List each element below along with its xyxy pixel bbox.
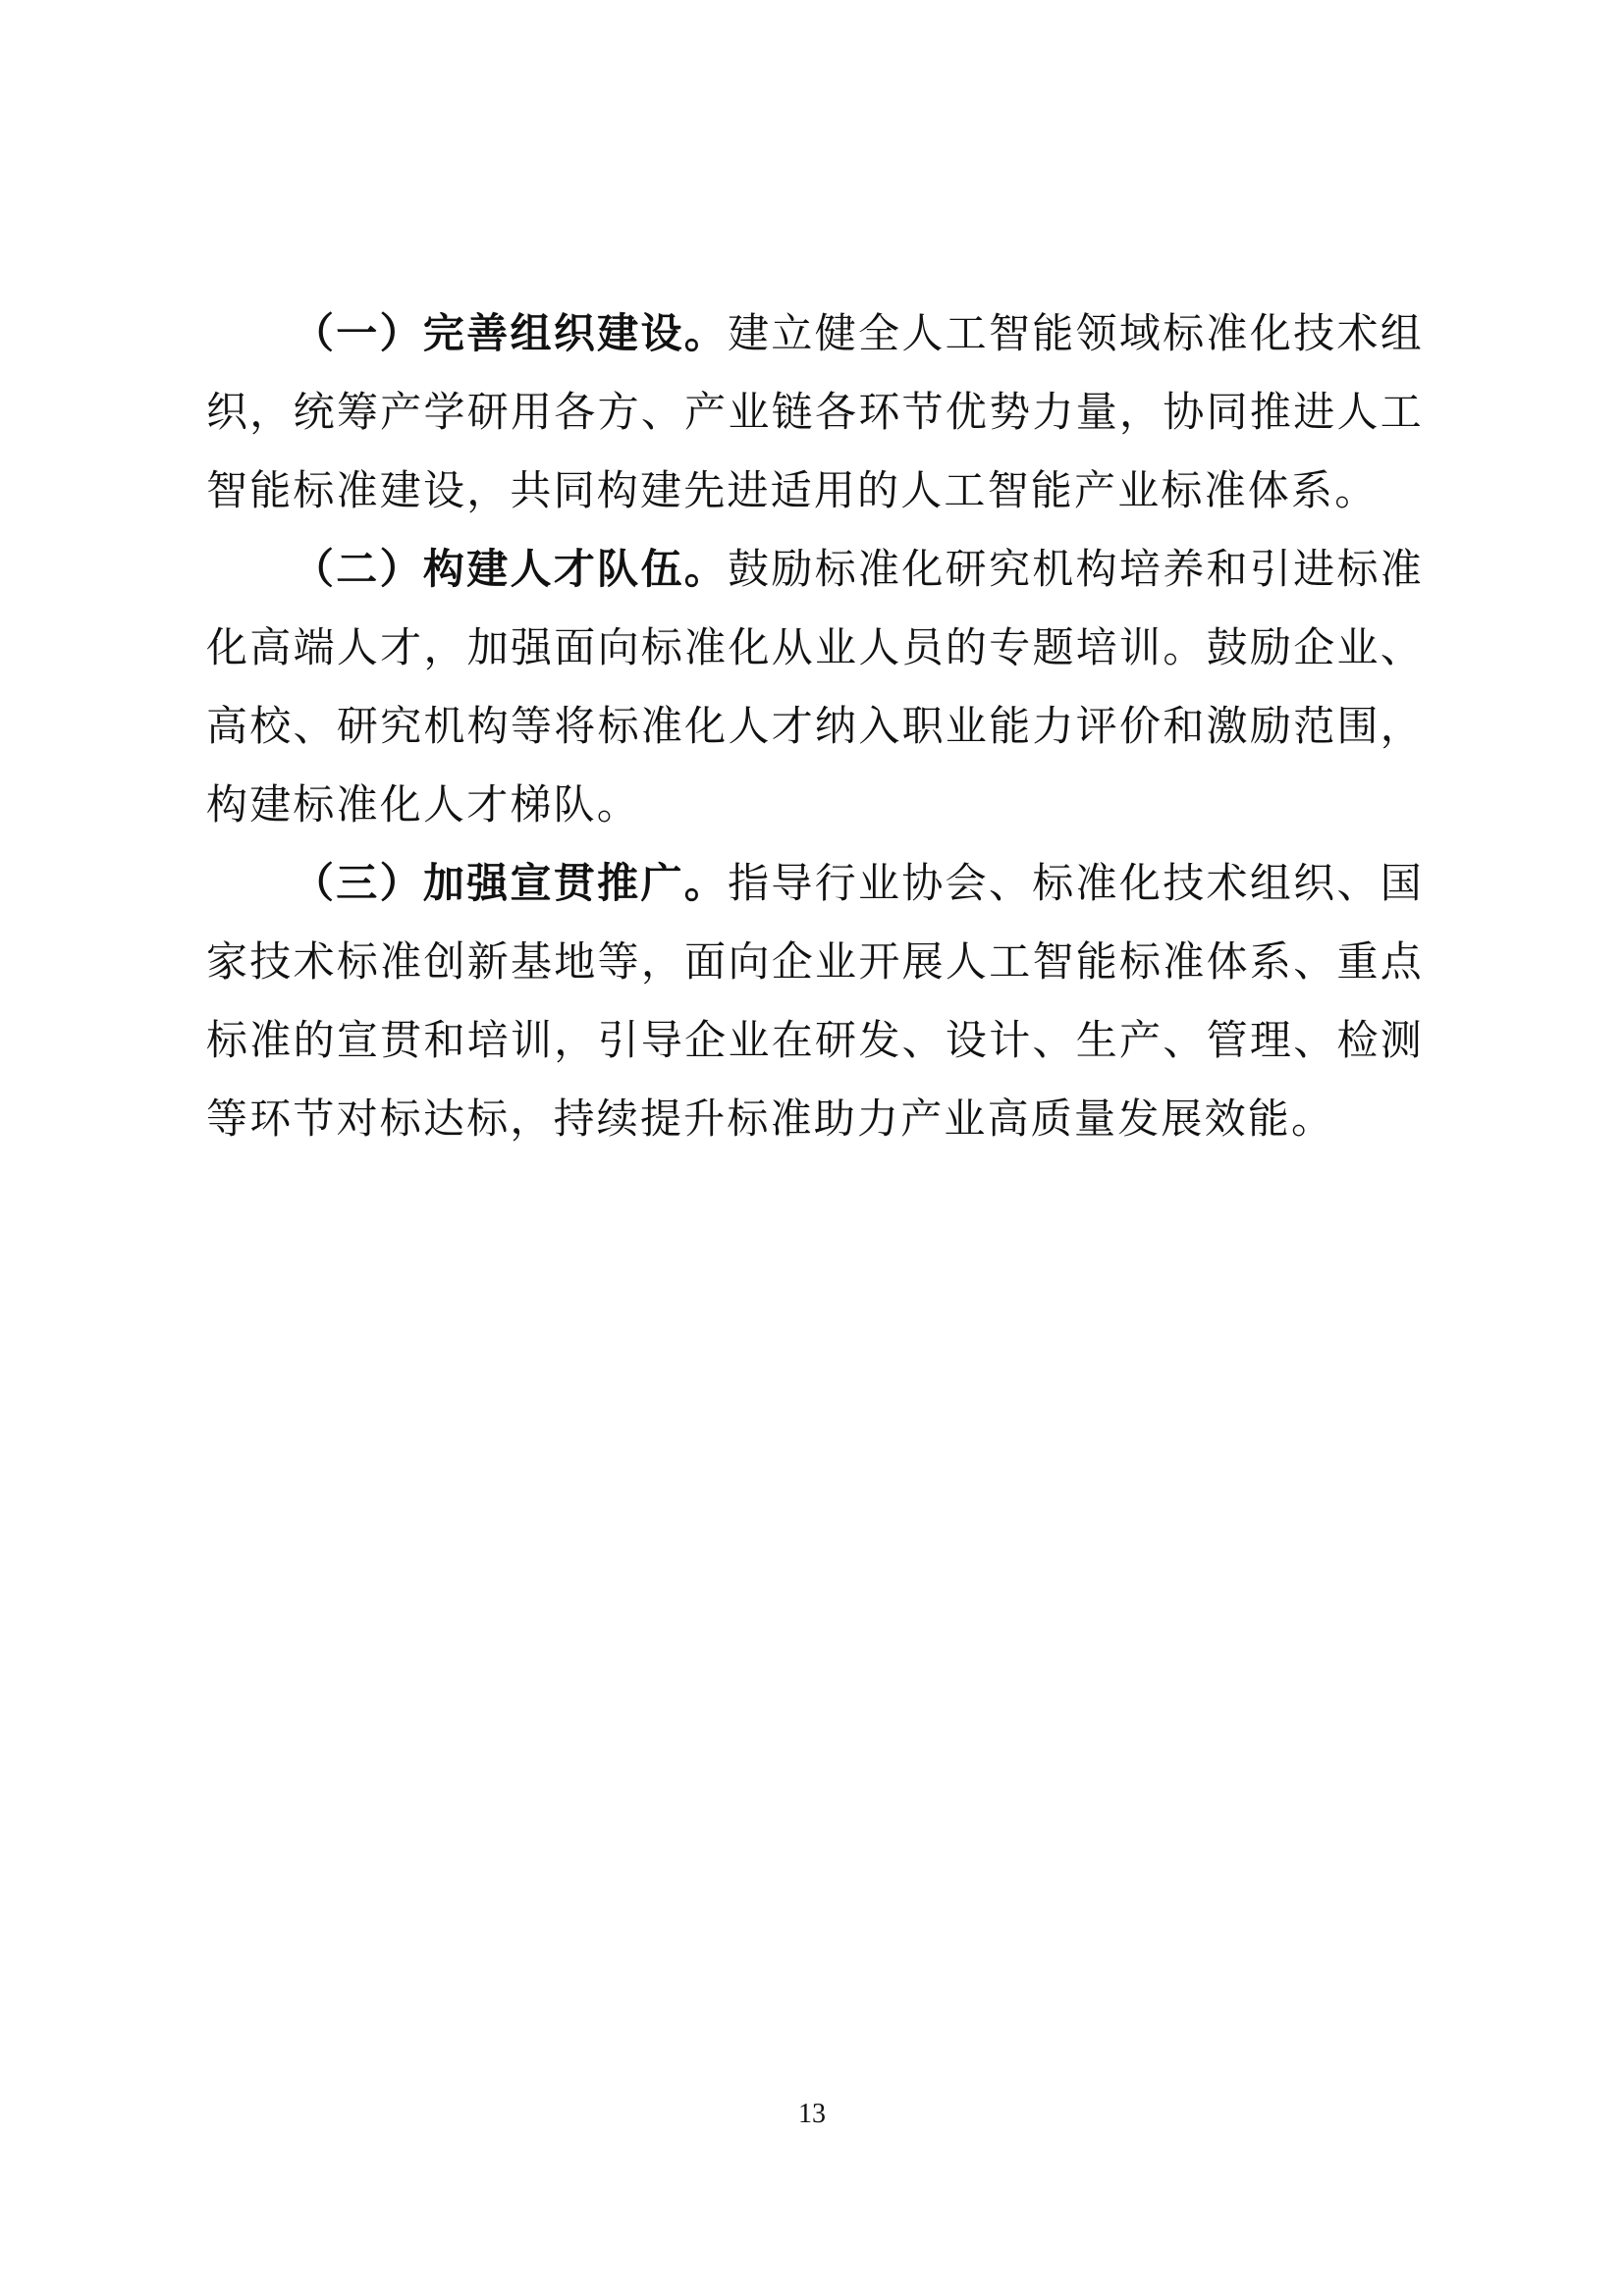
section-organization-building: （一）完善组织建设。建立健全人工智能领域标准化技术组织，统筹产学研用各方、产业链… xyxy=(206,294,1424,530)
section-heading: （三）加强宣贯推广。 xyxy=(293,859,728,907)
document-body: （一）完善组织建设。建立健全人工智能领域标准化技术组织，统筹产学研用各方、产业链… xyxy=(206,294,1424,1158)
section-promotion: （三）加强宣贯推广。指导行业协会、标准化技术组织、国家技术标准创新基地等，面向企… xyxy=(206,844,1424,1158)
section-heading: （一）完善组织建设。 xyxy=(293,309,728,357)
section-heading: （二）构建人才队伍。 xyxy=(293,545,728,593)
section-talent-team: （二）构建人才队伍。鼓励标准化研究机构培养和引进标准化高端人才，加强面向标准化从… xyxy=(206,530,1424,844)
page-number: 13 xyxy=(0,2099,1624,2130)
